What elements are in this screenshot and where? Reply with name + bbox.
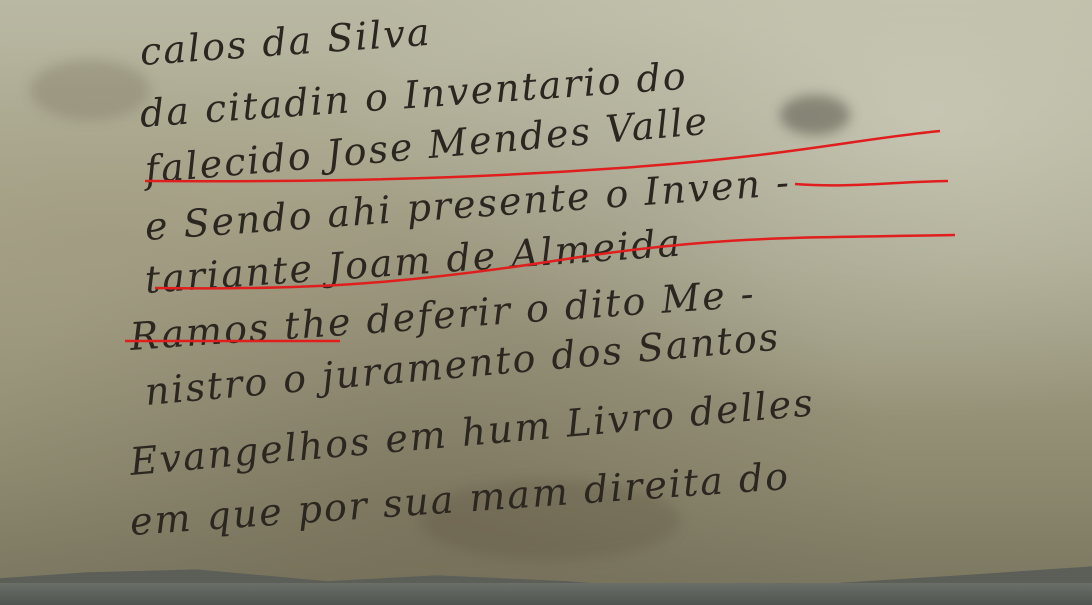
background-surface (0, 583, 1092, 605)
ink-stain (30, 60, 150, 120)
manuscript-line-1: calos da Silva (138, 10, 432, 74)
manuscript-page: calos da Silva da citadin o Inventario d… (0, 0, 1092, 590)
ink-stain (780, 95, 850, 135)
